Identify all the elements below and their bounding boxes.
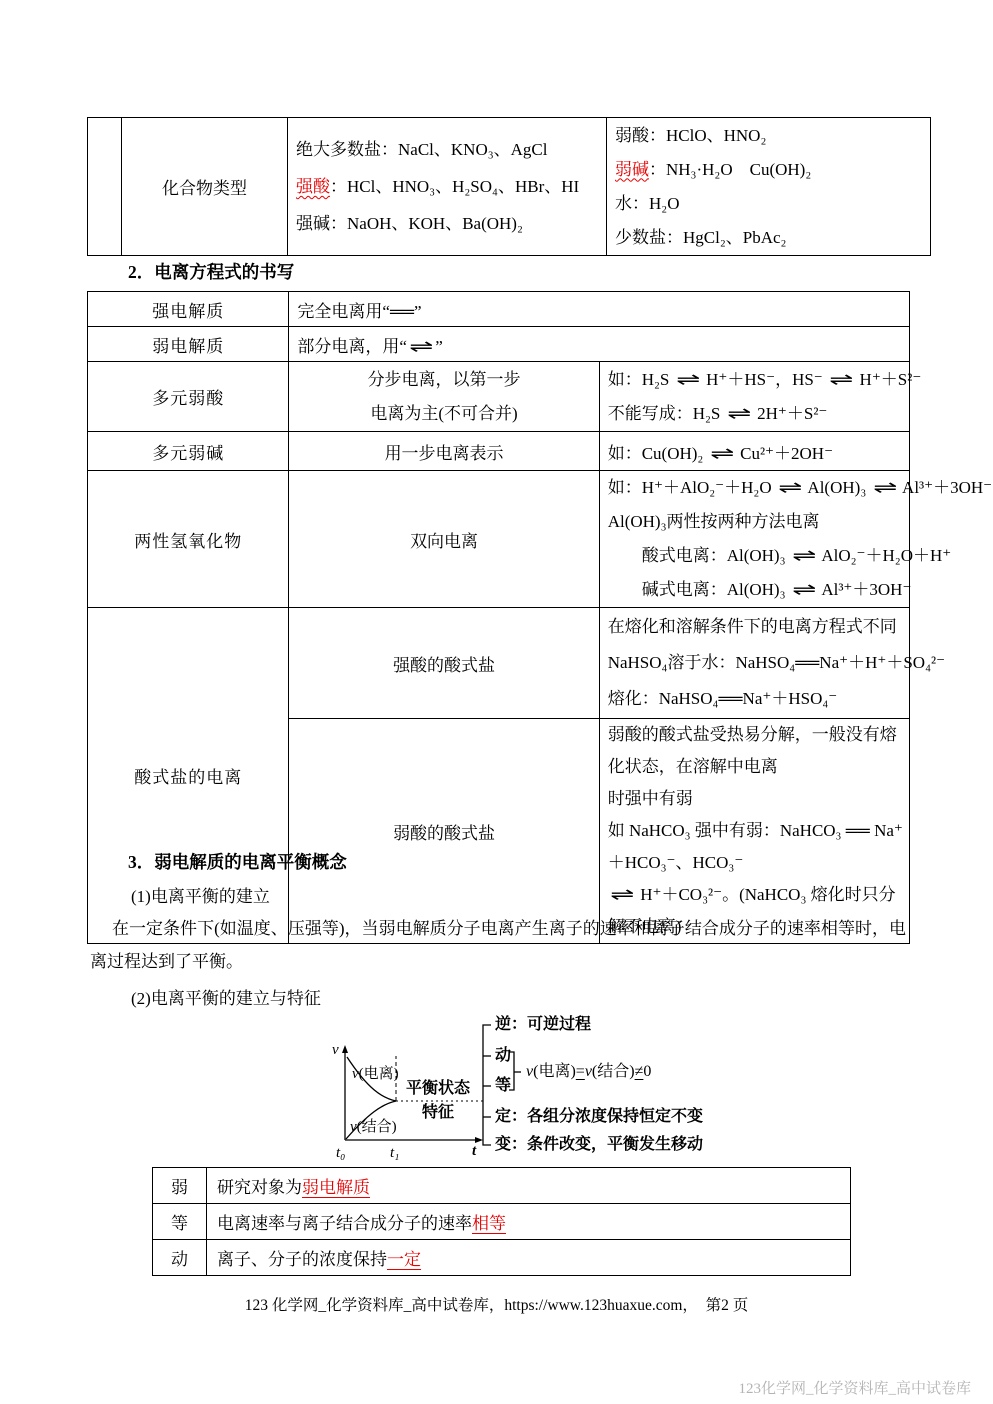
equilibrium-feature-label: 特征 — [398, 1103, 478, 1123]
reversible-arrow-icon: ⇌ — [409, 337, 433, 357]
feature-value: 离子、分子的浓度保持一定 — [207, 1240, 851, 1276]
equilibrium-feature-table: 弱 研究对象为弱电解质 等 电离速率与离子结合成分子的速率相等 动 离子、分子的… — [152, 1167, 851, 1276]
row-content: 部分电离，用“⇌” — [289, 327, 910, 362]
t0-label: t₀ — [336, 1143, 345, 1163]
rule-line: 分步电离，以第一步 — [289, 363, 598, 397]
change-item: 变：条件改变，平衡发生移动 — [495, 1135, 703, 1155]
subsection-2-title: (2)电离平衡的建立与特征 — [131, 984, 321, 1009]
t-axis-label: t — [472, 1141, 476, 1161]
reversible-arrow-icon: ⇌ — [792, 573, 816, 607]
reversible-arrow-icon: ⇌ — [829, 363, 853, 397]
subsection-1-title: (1)电离平衡的建立 — [131, 882, 270, 907]
section-3-heading: 3．弱电解质的电离平衡概念 — [128, 849, 347, 874]
row-rule: 强酸的酸式盐 — [289, 608, 599, 719]
ionization-curve-label: v(电离) — [352, 1064, 399, 1084]
constant-item: 定：各组分浓度保持恒定不变 — [495, 1107, 703, 1127]
feature-key: 弱 — [153, 1168, 207, 1204]
equation-line: 弱酸的酸式盐受热易分解，一般没有熔化状态，在溶解中电离 — [608, 719, 909, 783]
feature-key: 动 — [153, 1240, 207, 1276]
row-label: 两性氢氧化物 — [88, 471, 289, 608]
row-label: 多元弱酸 — [88, 362, 289, 432]
row-content: 如：Cu(OH)₂ ⇌ Cu²⁺＋2OH⁻ — [599, 432, 909, 471]
equal-item: 等 — [495, 1076, 511, 1096]
reversible-arrow-icon: ⇌ — [792, 539, 816, 573]
table-row: 化合物类型 绝大多数盐：NaCl、KNO₃、AgCl 强酸：HCl、HNO₃、H… — [88, 118, 931, 256]
table-row: 弱电解质 部分电离，用“⇌” — [88, 327, 910, 362]
watermark: 123化学网_化学资料库_高中试卷库 — [738, 1377, 971, 1398]
reversible-arrow-icon: ⇌ — [778, 471, 802, 505]
strong-electrolyte-examples-cell: 绝大多数盐：NaCl、KNO₃、AgCl 强酸：HCl、HNO₃、H₂SO₄、H… — [288, 118, 607, 256]
table-line: 少数盐：HgCl₂、PbAc₂ — [615, 221, 930, 255]
weak-electrolyte-examples-cell: 弱酸：HClO、HNO₂ 弱碱：NH₃·H₂O Cu(OH)₂ 水：H₂O 少数… — [607, 118, 931, 256]
compound-type-table: 化合物类型 绝大多数盐：NaCl、KNO₃、AgCl 强酸：HCl、HNO₃、H… — [87, 117, 931, 256]
v-axis-label: v — [332, 1040, 339, 1060]
equation-line: 如：Cu(OH)₂ ⇌ Cu²⁺＋2OH⁻ — [608, 439, 909, 464]
equation-line: Al(OH)₃两性按两种方法电离 — [608, 505, 909, 539]
equation-line: 时强中有弱 — [608, 783, 909, 815]
t1-label: t₁ — [390, 1143, 399, 1163]
table-row: 等 电离速率与离子结合成分子的速率相等 — [153, 1204, 851, 1240]
equilibrium-state-label: 平衡状态 — [398, 1079, 478, 1099]
empty-cell — [88, 118, 122, 256]
row-rule: 双向电离 — [289, 471, 599, 608]
equation-line: 碱式电离：Al(OH)₃ ⇌ Al³⁺＋3OH⁻ — [608, 573, 909, 607]
row-rule: 弱酸的酸式盐 — [289, 719, 599, 944]
reversible-arrow-icon: ⇌ — [873, 471, 897, 505]
rate-equation-label: v(电离)=v(结合)≠0 — [526, 1062, 651, 1082]
equation-line: 熔化：NaHSO₄══Na⁺＋HSO₄⁻ — [608, 681, 909, 717]
row-content: 如：H₂S ⇌ H⁺＋HS⁻，HS⁻ ⇌ H⁺＋S²⁻ 不能写成：H₂S ⇌ 2… — [599, 362, 909, 432]
table-row: 强电解质 完全电离用“══” — [88, 292, 910, 327]
row-content: 完全电离用“══” — [289, 292, 910, 327]
feature-value: 研究对象为弱电解质 — [207, 1168, 851, 1204]
table-row: 多元弱酸 分步电离，以第一步 电离为主(不可合并) 如：H₂S ⇌ H⁺＋HS⁻… — [88, 362, 910, 432]
equation-line: 如：H⁺＋AlO₂⁻＋H₂O ⇌ Al(OH)₃ ⇌ Al³⁺＋3OH⁻ — [608, 471, 909, 505]
table-line: 强酸：HCl、HNO₃、H₂SO₄、HBr、HI — [296, 168, 606, 205]
equation-line: 不能写成：H₂S ⇌ 2H⁺＋S²⁻ — [608, 397, 909, 431]
row-rule: 分步电离，以第一步 电离为主(不可合并) — [289, 362, 599, 432]
document-page: 化合物类型 绝大多数盐：NaCl、KNO₃、AgCl 强酸：HCl、HNO₃、H… — [0, 0, 993, 1404]
equation-line: 在熔化和溶解条件下的电离方程式不同 — [608, 609, 909, 645]
row-label: 强电解质 — [88, 292, 289, 327]
reversible-arrow-icon: ⇌ — [727, 397, 751, 431]
equation-line: 如 NaHCO₃ 强中有弱：NaHCO₃ ══ Na⁺＋HCO₃⁻、HCO₃⁻ — [608, 815, 909, 879]
table-line: 强碱：NaOH、KOH、Ba(OH)₂ — [296, 205, 606, 242]
equation-line: 酸式电离：Al(OH)₃ ⇌ AlO₂⁻＋H₂O＋H⁺ — [608, 539, 909, 573]
row-label: 多元弱碱 — [88, 432, 289, 471]
row-content: 在熔化和溶解条件下的电离方程式不同 NaHSO₄溶于水：NaHSO₄══Na⁺＋… — [599, 608, 909, 719]
table-line: 水：H₂O — [615, 187, 930, 221]
v-axis-arrow — [342, 1045, 348, 1053]
page-footer: 123 化学网_化学资料库_高中试卷库，https://www.123huaxu… — [0, 1293, 993, 1315]
equation-line: NaHSO₄溶于水：NaHSO₄══Na⁺＋H⁺＋SO₄²⁻ — [608, 645, 909, 681]
reversible-item: 逆：可逆过程 — [495, 1015, 591, 1035]
reversible-arrow-icon: ⇌ — [710, 444, 734, 464]
combination-curve-label: v(结合) — [350, 1117, 397, 1137]
table-row: 弱 研究对象为弱电解质 — [153, 1168, 851, 1204]
feature-key: 等 — [153, 1204, 207, 1240]
rule-line: 电离为主(不可合并) — [289, 397, 598, 431]
ionization-equation-table: 强电解质 完全电离用“══” 弱电解质 部分电离，用“⇌” 多元弱酸 分步电离，… — [87, 291, 910, 944]
t-axis-arrow — [475, 1137, 483, 1143]
table-line: 绝大多数盐：NaCl、KNO₃、AgCl — [296, 131, 606, 168]
row-label: 弱电解质 — [88, 327, 289, 362]
dynamic-item: 动 — [495, 1046, 511, 1066]
reversible-arrow-icon: ⇌ — [610, 879, 634, 911]
section-2-heading: 2．电离方程式的书写 — [128, 259, 294, 284]
row-content: 弱酸的酸式盐受热易分解，一般没有熔化状态，在溶解中电离 时强中有弱 如 NaHC… — [599, 719, 909, 944]
table-row: 两性氢氧化物 双向电离 如：H⁺＋AlO₂⁻＋H₂O ⇌ Al(OH)₃ ⇌ A… — [88, 471, 910, 608]
table-row: 多元弱碱 用一步电离表示 如：Cu(OH)₂ ⇌ Cu²⁺＋2OH⁻ — [88, 432, 910, 471]
compound-type-header: 化合物类型 — [122, 118, 288, 256]
equilibrium-diagram: v v(电离) v(结合) t₀ t₁ t 平衡状态 特征 逆：可逆过程 动 等… — [330, 1012, 790, 1164]
row-rule: 用一步电离表示 — [289, 432, 599, 471]
equation-line: 如：H₂S ⇌ H⁺＋HS⁻，HS⁻ ⇌ H⁺＋S²⁻ — [608, 363, 909, 397]
row-content: 如：H⁺＋AlO₂⁻＋H₂O ⇌ Al(OH)₃ ⇌ Al³⁺＋3OH⁻ Al(… — [599, 471, 909, 608]
table-row: 酸式盐的电离 强酸的酸式盐 在熔化和溶解条件下的电离方程式不同 NaHSO₄溶于… — [88, 608, 910, 719]
table-line: 弱碱：NH₃·H₂O Cu(OH)₂ — [615, 153, 930, 187]
reversible-arrow-icon: ⇌ — [676, 363, 700, 397]
table-row: 动 离子、分子的浓度保持一定 — [153, 1240, 851, 1276]
body-paragraph: 在一定条件下(如温度、压强等)，当弱电解质分子电离产生离子的速率和离子结合成分子… — [90, 912, 906, 978]
table-line: 弱酸：HClO、HNO₂ — [615, 119, 930, 153]
feature-value: 电离速率与离子结合成分子的速率相等 — [207, 1204, 851, 1240]
